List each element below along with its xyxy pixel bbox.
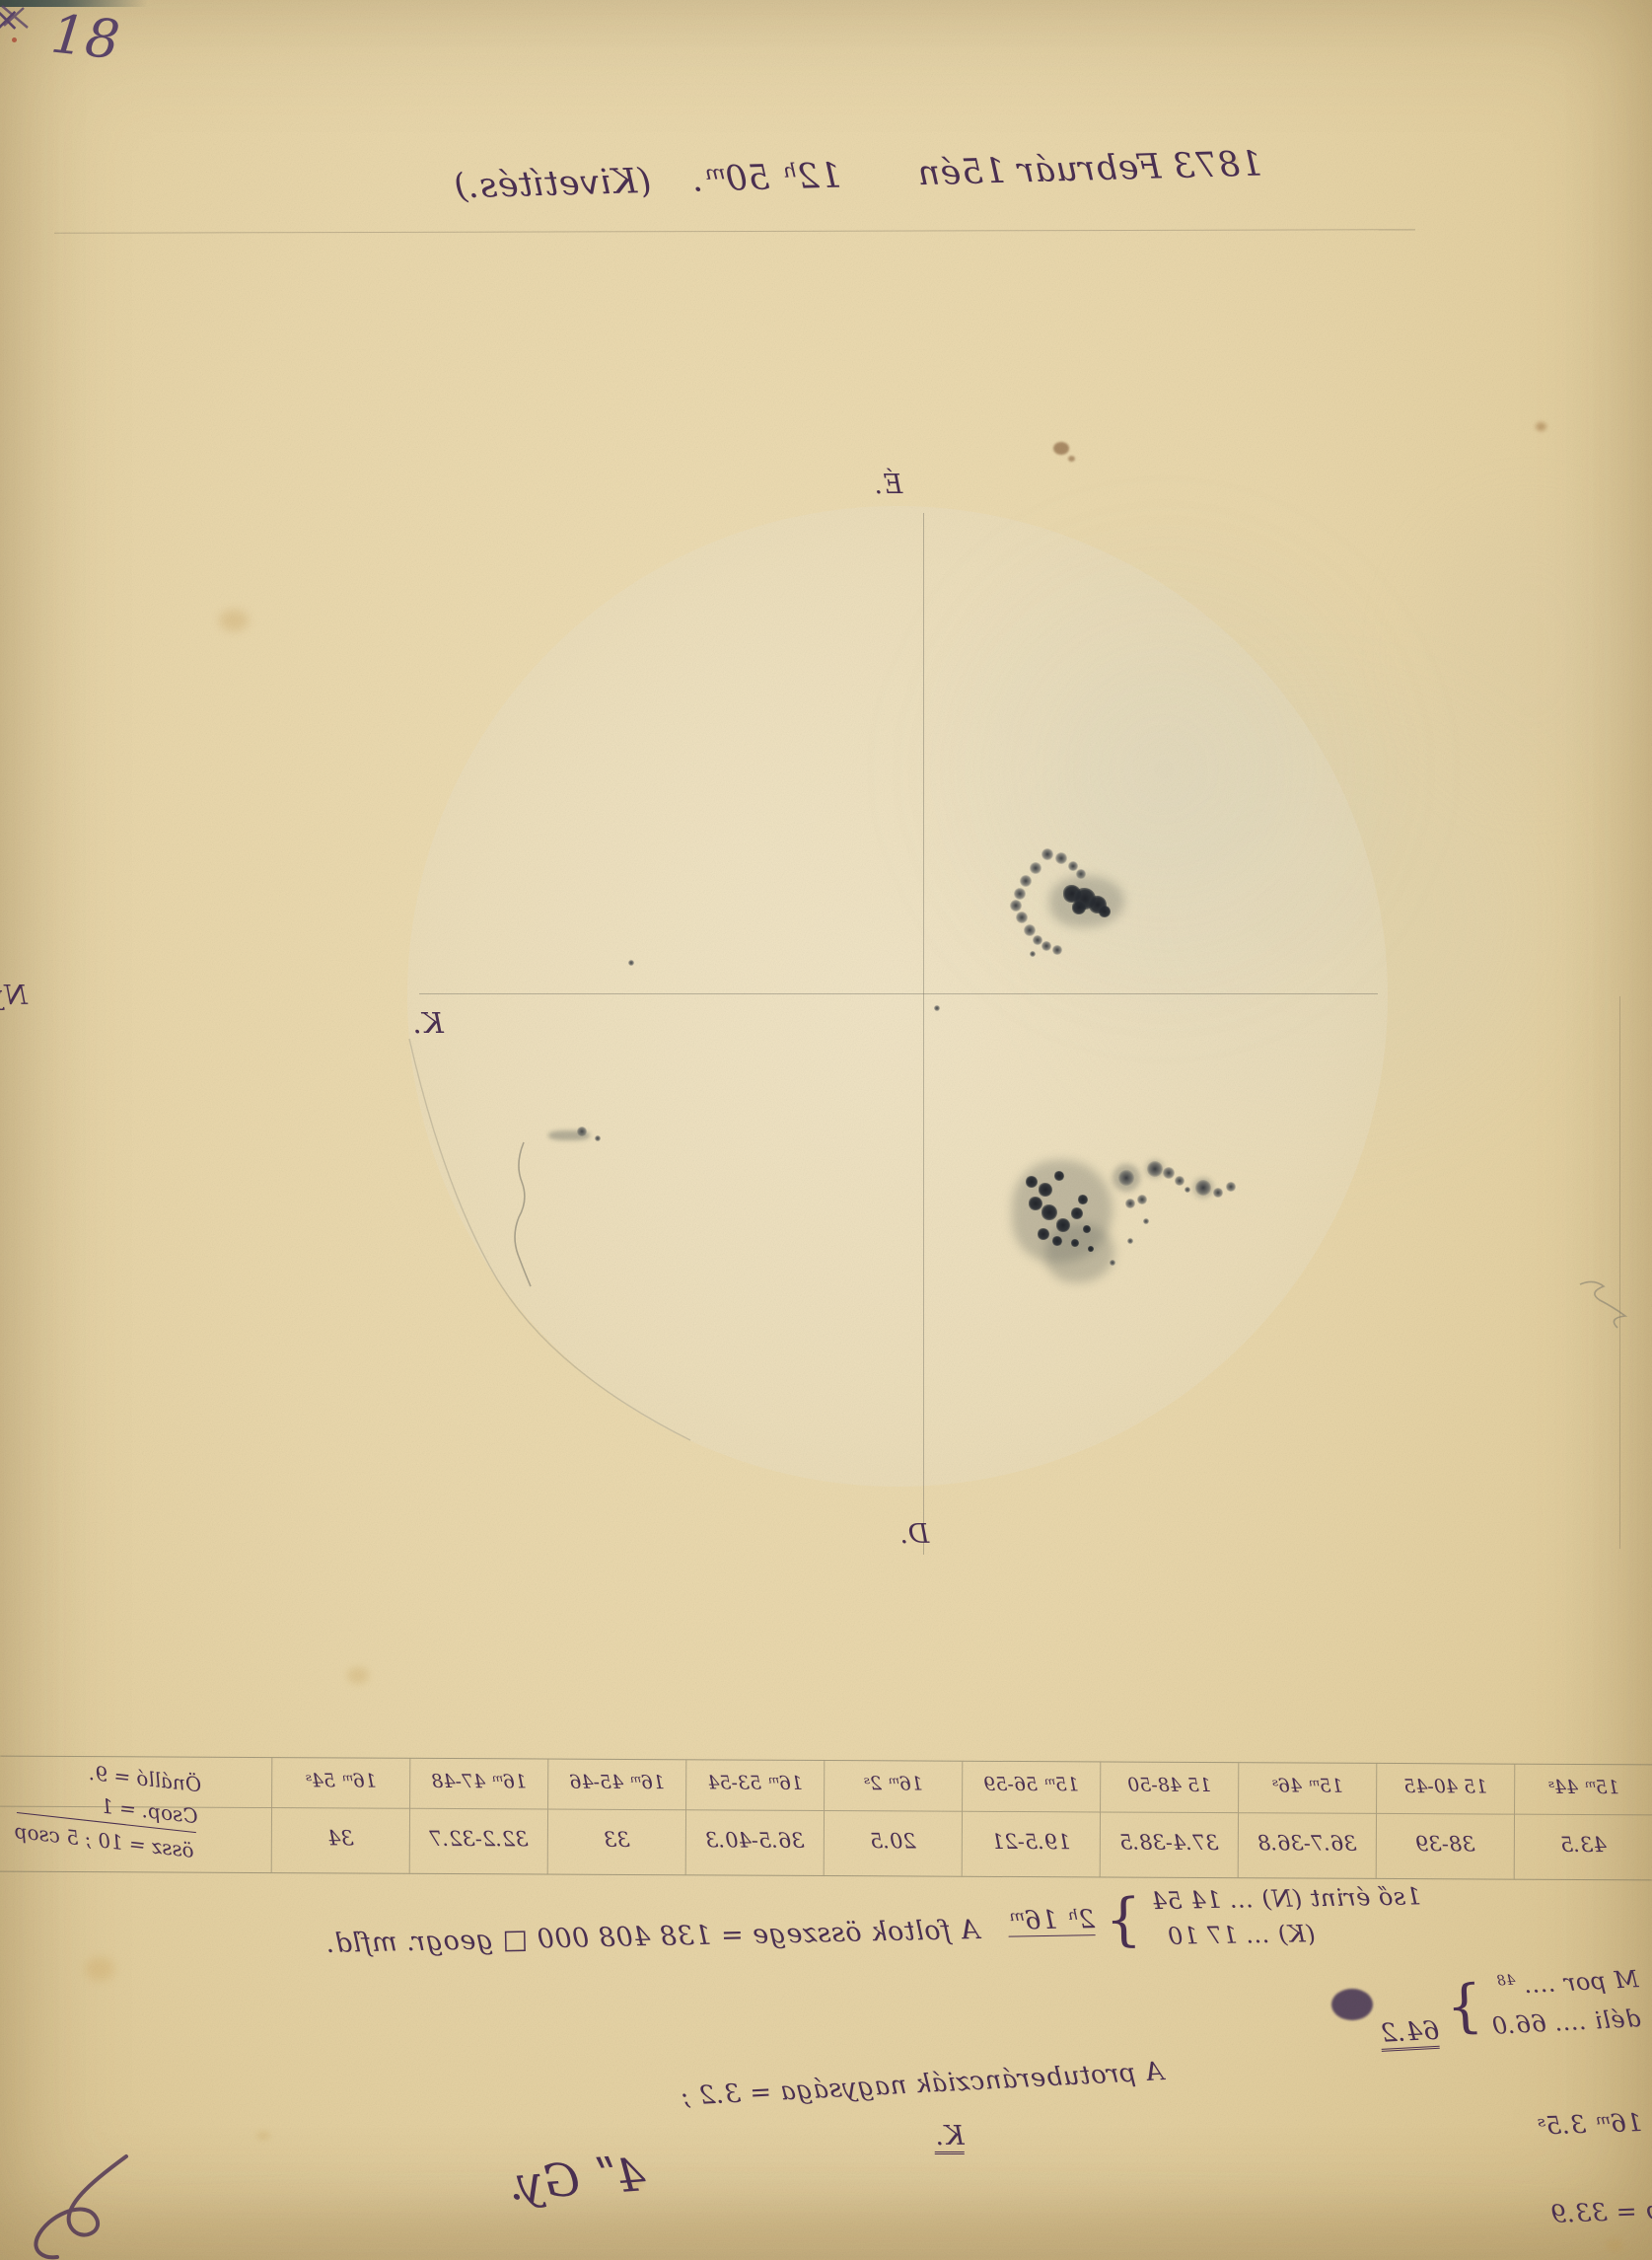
paper-texture xyxy=(0,0,1652,2260)
scanned-logbook-page: { "page": {"number": "18", "corner_mark"… xyxy=(0,0,1652,2260)
